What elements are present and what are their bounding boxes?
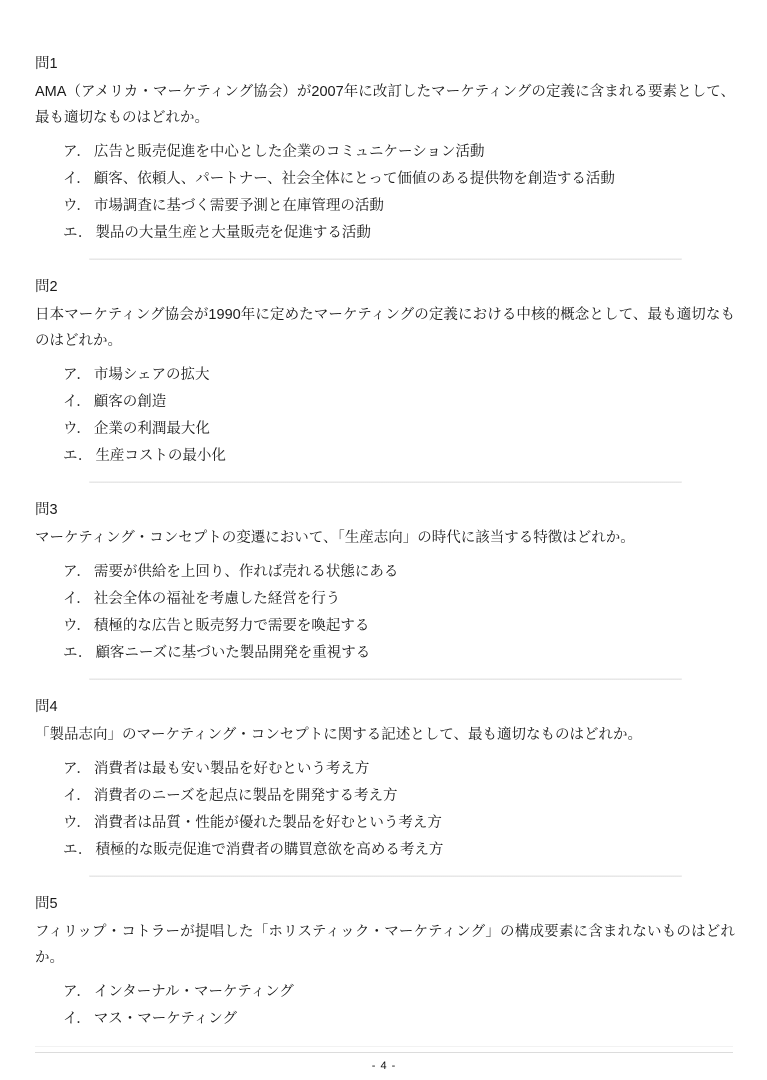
option-e: エ．積極的な販売促進で消費者の購買意欲を高める考え方 bbox=[63, 840, 735, 860]
option-u: ウ．市場調査に基づく需要予測と在庫管理の活動 bbox=[63, 196, 735, 216]
footer-rule-bottom bbox=[35, 1052, 733, 1053]
option-text: 市場調査に基づく需要予測と在庫管理の活動 bbox=[94, 198, 384, 214]
section-divider bbox=[89, 875, 682, 877]
option-a: ア．需要が供給を上回り、作れば売れる状態にある bbox=[63, 562, 735, 582]
option-label: ア． bbox=[63, 564, 91, 580]
option-label: エ． bbox=[63, 645, 92, 661]
section-divider bbox=[89, 678, 682, 680]
option-label: ア． bbox=[63, 367, 91, 383]
option-text: 消費者は品質・性能が優れた製品を好むという考え方 bbox=[94, 815, 442, 831]
option-text: 顧客、依頼人、パートナー、社会全体にとって価値のある提供物を創造する活動 bbox=[94, 171, 615, 187]
option-label: イ． bbox=[63, 171, 91, 187]
option-label: エ． bbox=[63, 225, 92, 241]
option-label: ウ． bbox=[63, 815, 91, 831]
option-i: イ．消費者のニーズを起点に製品を開発する考え方 bbox=[63, 786, 735, 806]
question-1: 問1 AMA（アメリカ・マーケティング協会）が2007年に改訂したマーケティング… bbox=[35, 54, 735, 243]
question-text: 日本マーケティング協会が1990年に定めたマーケティングの定義における中核的概念… bbox=[35, 302, 735, 354]
option-i: イ．顧客の創造 bbox=[63, 392, 735, 412]
page-number: - 4 - bbox=[35, 1060, 733, 1072]
option-text: 消費者は最も安い製品を好むという考え方 bbox=[94, 761, 370, 777]
option-label: ウ． bbox=[63, 618, 91, 634]
question-number: 問3 bbox=[35, 500, 735, 520]
option-label: ア． bbox=[63, 761, 91, 777]
option-text: 消費者のニーズを起点に製品を開発する考え方 bbox=[94, 788, 398, 804]
question-text: マーケティング・コンセプトの変遷において、「生産志向」の時代に該当する特徴はどれ… bbox=[35, 525, 735, 551]
option-text: 企業の利潤最大化 bbox=[94, 421, 210, 437]
option-a: ア．市場シェアの拡大 bbox=[63, 365, 735, 385]
options-list: ア．需要が供給を上回り、作れば売れる状態にある イ．社会全体の福祉を考慮した経営… bbox=[63, 562, 735, 663]
footer-rule-top bbox=[35, 1046, 733, 1047]
option-label: イ． bbox=[63, 591, 91, 607]
option-u: ウ．消費者は品質・性能が優れた製品を好むという考え方 bbox=[63, 813, 735, 833]
option-i: イ．顧客、依頼人、パートナー、社会全体にとって価値のある提供物を創造する活動 bbox=[63, 169, 735, 189]
option-text: 積極的な広告と販売努力で需要を喚起する bbox=[94, 618, 370, 634]
option-u: ウ．積極的な広告と販売努力で需要を喚起する bbox=[63, 616, 735, 636]
option-u: ウ．企業の利潤最大化 bbox=[63, 419, 735, 439]
option-i: イ．マス・マーケティング bbox=[63, 1009, 735, 1029]
option-text: 市場シェアの拡大 bbox=[94, 367, 210, 383]
option-text: 顧客ニーズに基づいた製品開発を重視する bbox=[95, 645, 370, 661]
option-label: エ． bbox=[63, 842, 92, 858]
page-content: 問1 AMA（アメリカ・マーケティング協会）が2007年に改訂したマーケティング… bbox=[0, 0, 767, 1029]
question-3: 問3 マーケティング・コンセプトの変遷において、「生産志向」の時代に該当する特徴… bbox=[35, 500, 735, 663]
option-label: イ． bbox=[63, 1011, 91, 1027]
option-a: ア．消費者は最も安い製品を好むという考え方 bbox=[63, 759, 735, 779]
option-text: 製品の大量生産と大量販売を促進する活動 bbox=[95, 225, 371, 241]
option-a: ア．広告と販売促進を中心とした企業のコミュニケーション活動 bbox=[63, 142, 735, 162]
question-number: 問2 bbox=[35, 277, 735, 297]
option-label: ア． bbox=[63, 144, 91, 160]
option-a: ア．インターナル・マーケティング bbox=[63, 982, 735, 1002]
question-5: 問5 フィリップ・コトラーが提唱した「ホリスティック・マーケティング」の構成要素… bbox=[35, 894, 735, 1029]
option-e: エ．生産コストの最小化 bbox=[63, 446, 735, 466]
option-text: マス・マーケティング bbox=[94, 1011, 237, 1027]
section-divider bbox=[89, 258, 682, 260]
option-text: 社会全体の福祉を考慮した経営を行う bbox=[94, 591, 341, 607]
option-label: イ． bbox=[63, 394, 91, 410]
question-2: 問2 日本マーケティング協会が1990年に定めたマーケティングの定義における中核… bbox=[35, 277, 735, 466]
question-text: AMA（アメリカ・マーケティング協会）が2007年に改訂したマーケティングの定義… bbox=[35, 79, 735, 131]
option-label: ア． bbox=[63, 984, 91, 1000]
question-text: 「製品志向」のマーケティング・コンセプトに関する記述として、最も適切なものはどれ… bbox=[35, 722, 735, 748]
option-text: 積極的な販売促進で消費者の購買意欲を高める考え方 bbox=[95, 842, 443, 858]
question-4: 問4 「製品志向」のマーケティング・コンセプトに関する記述として、最も適切なもの… bbox=[35, 697, 735, 860]
option-e: エ．製品の大量生産と大量販売を促進する活動 bbox=[63, 223, 735, 243]
option-i: イ．社会全体の福祉を考慮した経営を行う bbox=[63, 589, 735, 609]
option-text: 顧客の創造 bbox=[94, 394, 167, 410]
page-footer: - 4 - bbox=[35, 1046, 733, 1072]
option-text: 生産コストの最小化 bbox=[95, 448, 226, 464]
option-label: ウ． bbox=[63, 198, 91, 214]
option-text: 需要が供給を上回り、作れば売れる状態にある bbox=[94, 564, 399, 580]
options-list: ア．広告と販売促進を中心とした企業のコミュニケーション活動 イ．顧客、依頼人、パ… bbox=[63, 142, 735, 243]
option-text: 広告と販売促進を中心とした企業のコミュニケーション活動 bbox=[94, 144, 485, 160]
question-number: 問5 bbox=[35, 894, 735, 914]
option-label: ウ． bbox=[63, 421, 91, 437]
section-divider bbox=[89, 481, 682, 483]
question-text: フィリップ・コトラーが提唱した「ホリスティック・マーケティング」の構成要素に含ま… bbox=[35, 919, 735, 971]
option-text: インターナル・マーケティング bbox=[94, 984, 294, 1000]
options-list: ア．消費者は最も安い製品を好むという考え方 イ．消費者のニーズを起点に製品を開発… bbox=[63, 759, 735, 860]
exam-page: 問1 AMA（アメリカ・マーケティング協会）が2007年に改訂したマーケティング… bbox=[0, 0, 767, 1080]
option-e: エ．顧客ニーズに基づいた製品開発を重視する bbox=[63, 643, 735, 663]
options-list: ア．市場シェアの拡大 イ．顧客の創造 ウ．企業の利潤最大化 エ．生産コストの最小… bbox=[63, 365, 735, 466]
question-number: 問4 bbox=[35, 697, 735, 717]
options-list: ア．インターナル・マーケティング イ．マス・マーケティング bbox=[63, 982, 735, 1029]
option-label: エ． bbox=[63, 448, 92, 464]
option-label: イ． bbox=[63, 788, 91, 804]
question-number: 問1 bbox=[35, 54, 735, 74]
